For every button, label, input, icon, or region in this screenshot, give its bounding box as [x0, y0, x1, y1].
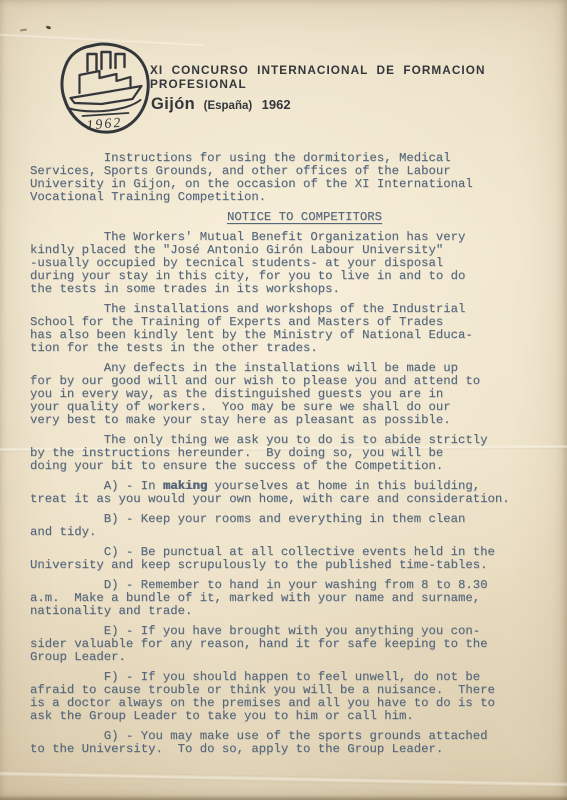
letterhead-city: Gijón	[151, 95, 195, 113]
logo-year-label: 1962	[86, 116, 123, 134]
letterhead-subtitle: Gijón (España) 1962	[151, 95, 291, 114]
list-item-a: A) - In making yourselves at home in thi…	[30, 480, 535, 506]
list-item-a-text: A) - In	[30, 479, 163, 493]
letterhead-year: 1962	[262, 97, 291, 112]
competition-logo-icon: 1962	[56, 41, 157, 138]
paper-speck	[46, 25, 52, 30]
paragraph-defects: Any defects in the installations will be…	[30, 362, 535, 427]
list-item-g: G) - You may make use of the sports grou…	[30, 730, 535, 756]
typewritten-body: Instructions for using the dormitories, …	[30, 152, 535, 763]
paper-sheet: 1962 XI CONCURSO INTERNACIONAL DE FORMAC…	[0, 0, 567, 800]
paper-edge-shadow	[0, 795, 567, 800]
intro-paragraph: Instructions for using the dormitories, …	[30, 152, 535, 204]
paragraph-installations: The installations and workshops of the I…	[30, 303, 535, 355]
paper-crease	[0, 770, 567, 787]
paper-speck	[20, 29, 27, 32]
notice-heading: NOTICE TO COMPETITORS	[52, 211, 557, 224]
list-item-a-overstruck-word: making	[163, 479, 207, 493]
list-item-f: F) - If you should happen to feel unwell…	[30, 671, 535, 723]
scanned-letter: 1962 XI CONCURSO INTERNACIONAL DE FORMAC…	[0, 0, 567, 800]
list-item-c: C) - Be punctual at all collective event…	[30, 546, 535, 572]
letterhead-country: (España)	[204, 100, 253, 112]
list-item-d: D) - Remember to hand in your washing fr…	[30, 579, 535, 618]
paragraph-only-thing: The only thing we ask you to do is to ab…	[30, 434, 535, 473]
letterhead-title: XI CONCURSO INTERNACIONAL DE FORMACION P…	[150, 63, 555, 91]
paragraph-workers-organization: The Workers' Mutual Benefit Organization…	[30, 231, 535, 296]
list-item-b: B) - Keep your rooms and everything in t…	[30, 513, 535, 539]
list-item-e: E) - If you have brought with you anythi…	[30, 625, 535, 664]
